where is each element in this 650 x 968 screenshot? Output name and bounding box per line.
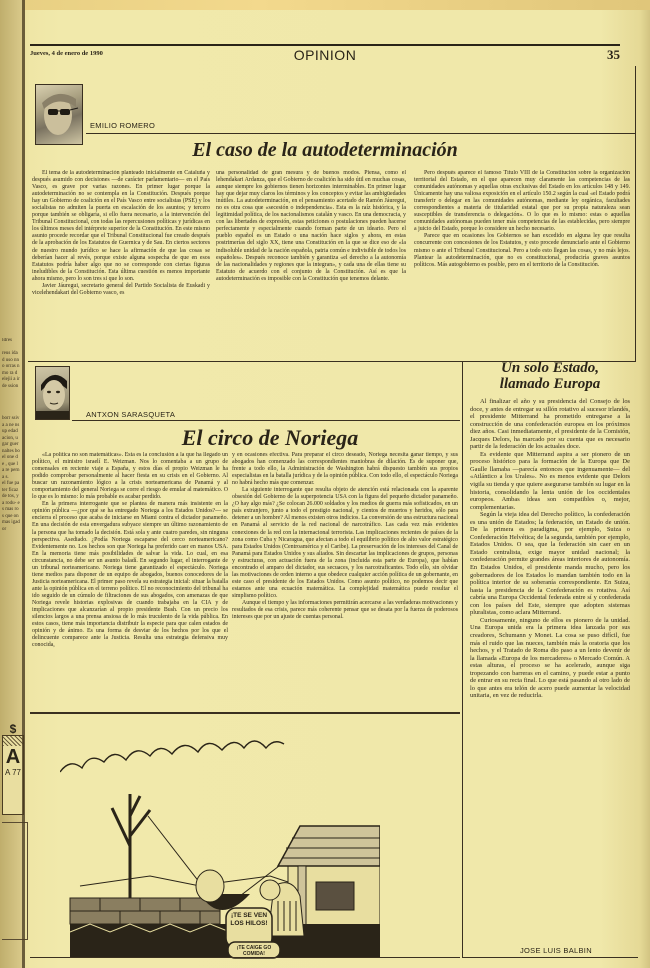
article-2-column-1: «La política no son matemáticas». Esta e… bbox=[32, 452, 228, 690]
adjacent-ad-box: A A 77 bbox=[2, 735, 24, 815]
sidebar-title: Un solo Estado, llamado Europa bbox=[462, 360, 638, 392]
byline-rule bbox=[86, 133, 636, 134]
byline-rule bbox=[72, 420, 460, 421]
adjacent-page-margin: Idresreus idad uso nno orras nmo ra d el… bbox=[0, 0, 22, 968]
portrait-icon bbox=[36, 85, 83, 145]
sidebar-title-line-2: llamado Europa bbox=[462, 376, 638, 392]
author-name: ANTXON SARASQUETA bbox=[86, 410, 175, 419]
article-2-column-2: y en ocasiones efectiva. Para preparar e… bbox=[232, 452, 458, 690]
section-name: OPINION bbox=[30, 47, 620, 63]
section-divider bbox=[30, 712, 460, 714]
cartoon-sign-2: ¡TE CAIGE GO COMIDA! bbox=[230, 945, 278, 957]
page-number: 35 bbox=[607, 47, 620, 63]
author-photo-antxon-sarasqueta bbox=[35, 366, 70, 420]
cartoon-sign-1: ¡TE SE VEN LOS HILOS! bbox=[228, 912, 270, 928]
cartoon-illustration bbox=[60, 726, 380, 962]
adjacent-ad-code: A 77 bbox=[3, 768, 23, 777]
page-header: Jueves, 4 de enero de 1990 OPINION 35 bbox=[30, 44, 620, 62]
page-gutter bbox=[22, 0, 25, 968]
newspaper-page: Idresreus idad uso nno orras nmo ra d el… bbox=[0, 0, 650, 968]
article-2-title: El circo de Noriega bbox=[80, 425, 460, 451]
author-name: EMILIO ROMERO bbox=[90, 121, 155, 130]
cloud-line bbox=[60, 741, 284, 772]
article-1-column-2: una personalidad de gran mesura y de bue… bbox=[216, 170, 406, 352]
page-bottom-rule bbox=[30, 957, 460, 958]
portrait-icon bbox=[36, 367, 70, 420]
article-1-column-1: El tema de la autodeterminación plantead… bbox=[32, 170, 210, 352]
adjacent-ad-letter: A bbox=[3, 746, 23, 768]
author-photo-emilio-romero bbox=[35, 84, 83, 145]
adjacent-page-text: Idresreus idad uso nno orras nmo ra d el… bbox=[2, 338, 20, 678]
article-1-title: El caso de la autodeterminación bbox=[110, 139, 540, 162]
adjacent-dollar-sign: $ bbox=[2, 722, 24, 736]
sidebar-body: Al finalizar el año y su presidencia del… bbox=[470, 398, 630, 942]
scanner-top-edge bbox=[0, 0, 650, 10]
editorial-cartoon: ¡TE SE VEN LOS HILOS! ¡TE CAIGE GO COMID… bbox=[60, 726, 380, 962]
article-1-column-3: Pero después aparece el famoso Título VI… bbox=[414, 170, 630, 352]
header-rule bbox=[30, 44, 620, 46]
sidebar-title-line-1: Un solo Estado, bbox=[462, 360, 638, 376]
sidebar-signature: JOSE LUIS BALBIN bbox=[520, 946, 592, 955]
